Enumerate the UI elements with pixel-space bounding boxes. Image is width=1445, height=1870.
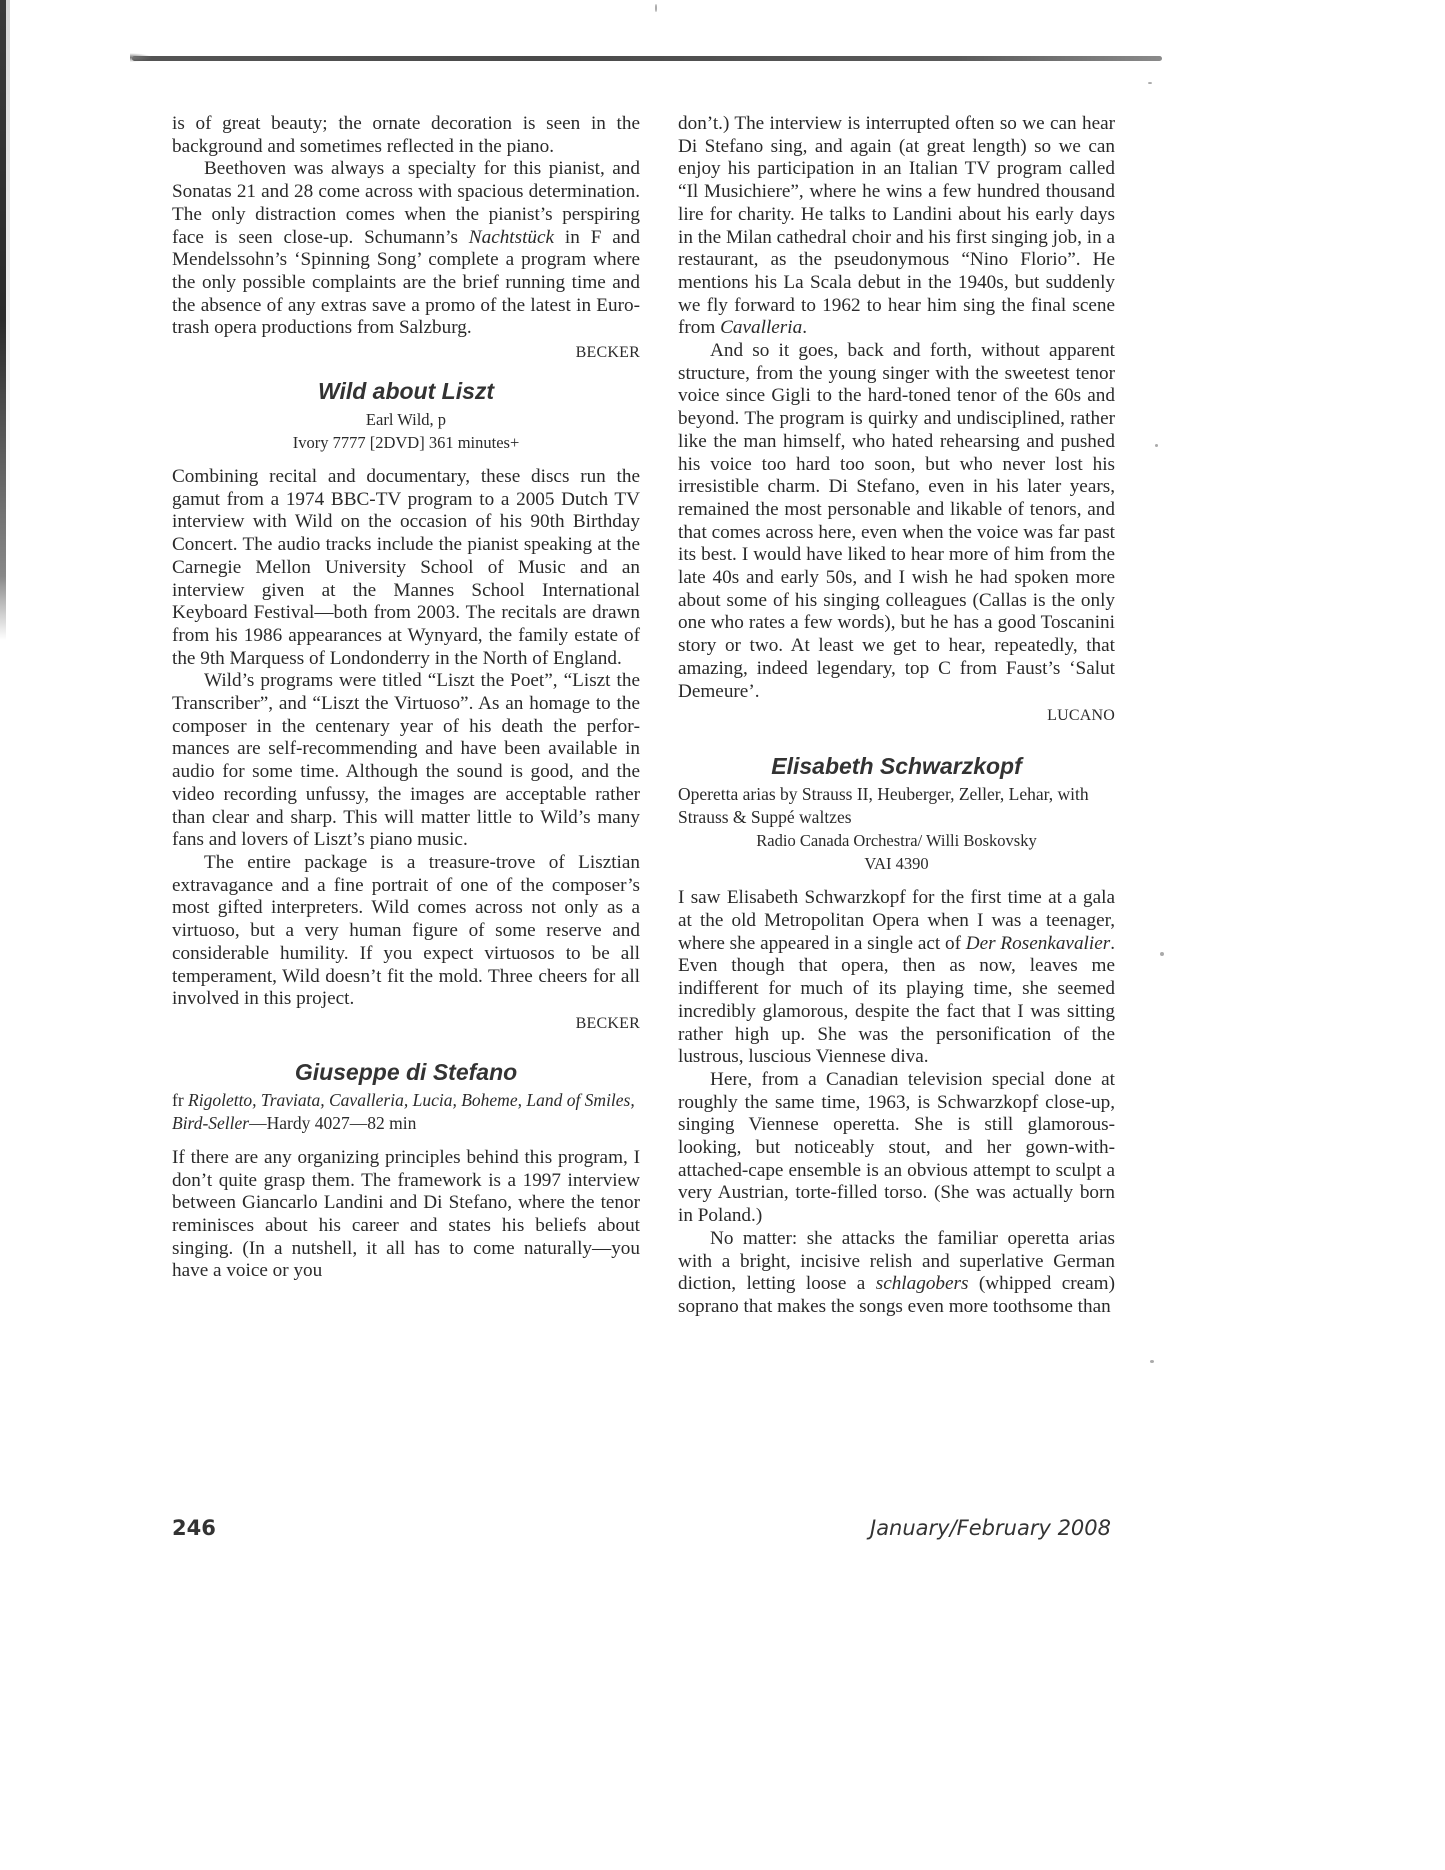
page-number: 246 (172, 1516, 216, 1540)
scan-speck (655, 4, 657, 12)
reviewer-signature: BECKER (172, 342, 640, 364)
body-paragraph: don’t.) The interview is interrupted oft… (678, 113, 1115, 340)
body-paragraph: Beethoven was always a specialty for thi… (172, 158, 640, 340)
body-paragraph: Here, from a Canadian television special… (678, 1069, 1115, 1228)
body-paragraph: is of great beauty; the ornate decoratio… (172, 113, 640, 158)
review-giuseppe-di-stefano: Giuseppe di Stefano fr Rigoletto, Travia… (172, 1059, 640, 1283)
scan-speck (1160, 952, 1164, 956)
article-continuation: is of great beauty; the ornate decoratio… (172, 113, 640, 364)
scan-shadow (6, 0, 10, 560)
review-performer: Earl Wild, p (172, 408, 640, 431)
body-paragraph: Combining recital and documentary, these… (172, 466, 640, 670)
review-elisabeth-schwarzkopf: Elisabeth Schwarzkopf Operetta arias by … (678, 753, 1115, 1318)
body-paragraph: Wild’s programs were titled “Liszt the P… (172, 670, 640, 852)
reviewer-signature: BECKER (172, 1013, 640, 1035)
review-program: Operetta arias by Strauss II, Heuberger,… (678, 783, 1115, 829)
review-catalog: Ivory 7777 [2DVD] 361 minutes+ (172, 431, 640, 454)
reviewer-signature: LUCANO (678, 705, 1115, 727)
scan-speck (1155, 444, 1158, 447)
header-rule (132, 56, 1162, 61)
body-paragraph: I saw Elisabeth Schwarzkopf for the firs… (678, 887, 1115, 1069)
review-performers: Radio Canada Orchestra/ Willi Boskovsky (678, 829, 1115, 852)
left-column: is of great beauty; the ornate decoratio… (172, 113, 640, 1283)
issue-date: January/February 2008 (870, 1516, 1111, 1540)
review-wild-about-liszt: Wild about Liszt Earl Wild, p Ivory 7777… (172, 378, 640, 1035)
review-title: Giuseppe di Stefano (172, 1059, 640, 1085)
body-paragraph: If there are any organizing principles b… (172, 1147, 640, 1283)
review-program: fr Rigoletto, Traviata, Cavalleria, Luci… (172, 1089, 640, 1135)
review-catalog: VAI 4390 (678, 852, 1115, 875)
body-paragraph: No matter: she attacks the familiar oper… (678, 1228, 1115, 1319)
review-di-stefano-continued: don’t.) The interview is interrupted oft… (678, 113, 1115, 727)
review-title: Wild about Liszt (172, 378, 640, 404)
scan-speck (1148, 82, 1152, 84)
review-title: Elisabeth Schwarzkopf (678, 753, 1115, 779)
right-column: don’t.) The interview is interrupted oft… (678, 113, 1115, 1319)
body-paragraph: The entire package is a treasure-trove o… (172, 852, 640, 1011)
body-paragraph: And so it goes, back and forth, without … (678, 340, 1115, 703)
scan-speck (1150, 1360, 1154, 1363)
